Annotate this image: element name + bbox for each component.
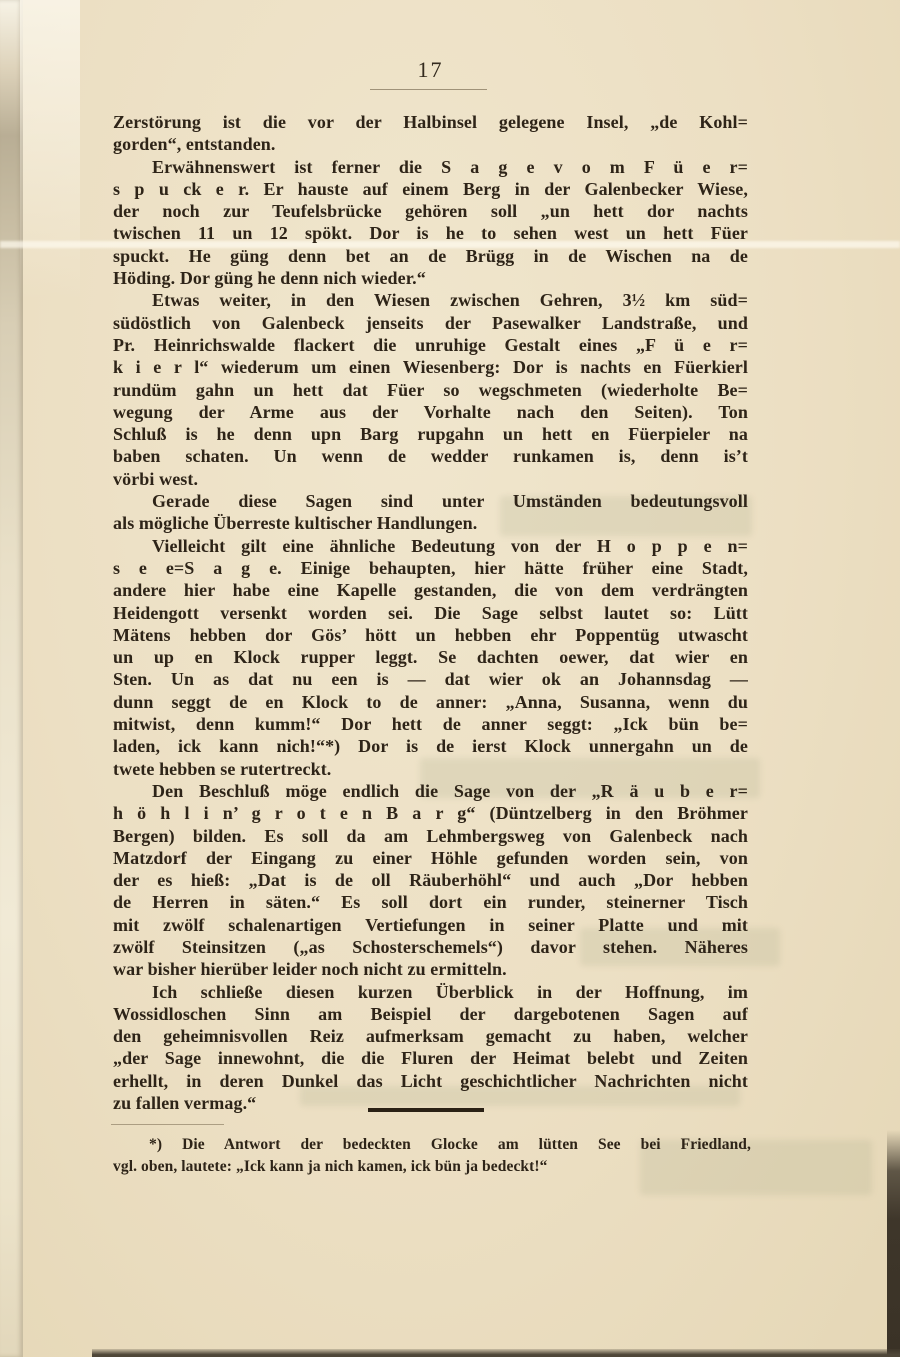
text-line: twischen 11 un 12 spökt. Dor is he to se… [113,222,748,244]
text-line: Zerstörung ist die vor der Halbinsel gel… [113,111,748,133]
text-line: mitwist, denn kumm!“ Dor hett de anner s… [113,713,748,735]
text-line: Etwas weiter, in den Wiesen zwischen Geh… [113,289,748,311]
text-line: Erwähnenswert ist ferner die S a g e v o… [113,156,748,178]
page-right-edge [887,1130,900,1357]
text-line: der noch zur Teufelsbrücke gehören soll … [113,200,748,222]
text-line: Gerade diese Sagen sind unter Umständen … [113,490,748,512]
body-text: Zerstörung ist die vor der Halbinsel gel… [113,111,748,1114]
text-line: Matzdorf der Eingang zu einer Höhle gefu… [113,847,748,869]
text-line: zwölf Steinsitzen („as Schosterschemels“… [113,936,748,958]
text-line: Ich schließe diesen kurzen Überblick in … [113,981,748,1003]
text-line: Bergen) bilden. Es soll da am Lehmbergsw… [113,825,748,847]
text-line: s e e=S a g e. Einige behaupten, hier hä… [113,557,748,579]
text-line: Vielleicht gilt eine ähnliche Bedeutung … [113,535,748,557]
scanned-book-page: 17 Zerstörung ist die vor der Halbinsel … [0,0,900,1357]
end-of-text-divider [368,1108,484,1112]
text-line: den geheimnisvollen Reiz aufmerksam gema… [113,1025,748,1047]
text-line: gorden“, entstanden. [113,133,748,155]
text-line: spuckt. He güng denn bet an de Brügg in … [113,245,748,267]
text-line: wegung der Arme aus der Vorhalte nach de… [113,401,748,423]
text-line: dunn seggt de en Klock to de anner: „Ann… [113,691,748,713]
text-line: vörbi west. [113,468,748,490]
text-line: Schluß is he denn upn Barg rupgahn un he… [113,423,748,445]
text-line: Heidengott versenkt worden sei. Die Sage… [113,602,748,624]
page-bottom-edge [92,1349,900,1357]
footnote: *) Die Antwort der bedeckten Glocke am l… [113,1134,751,1177]
text-line: südöstlich von Galenbeck jenseits der Pa… [113,312,748,334]
text-line: twete hebben se rutertreckt. [113,758,748,780]
text-line: de Herren in säten.“ Es soll dort ein ru… [113,891,748,913]
text-line: war bisher hierüber leider noch nicht zu… [113,958,748,980]
footnote-line: *) Die Antwort der bedeckten Glocke am l… [113,1134,751,1156]
footnote-rule [111,1124,224,1125]
text-line: un up en Klock rupper leggt. Se dachten … [113,646,748,668]
text-line: Höding. Dor güng he denn nich wieder.“ [113,267,748,289]
text-line: „der Sage innewohnt, die die Fluren der … [113,1047,748,1069]
text-line: Pr. Heinrichswalde flackert die unruhige… [113,334,748,356]
text-line: laden, ick kann nich!“*) Dor is de ierst… [113,735,748,757]
text-line: Sten. Un as dat nu een is — dat wier ok … [113,668,748,690]
text-line: rundüm gahn un hett dat Füer so wegschme… [113,379,748,401]
text-line: Wossidloschen Sinn am Beispiel der darge… [113,1003,748,1025]
text-line: h ö h l i n’ g r o t e n B a r g“ (Düntz… [113,802,748,824]
text-line: k i e r l“ wiederum um einen Wiesenberg:… [113,356,748,378]
text-line: der es hieß: „Dat is de oll Räuberhöhl“ … [113,869,748,891]
text-line: Mätens hebben dor Gös’ hött un hebben eh… [113,624,748,646]
text-line: erhellt, in deren Dunkel das Licht gesch… [113,1070,748,1092]
page-number: 17 [113,57,748,83]
text-line: s p u ck e r. Er hauste auf einem Berg i… [113,178,748,200]
text-line: als mögliche Überreste kultischer Handlu… [113,512,748,534]
page-number-rule [370,89,487,90]
footnote-line: vgl. oben, lautete: „Ick kann ja nich ka… [113,1156,751,1178]
text-line: Den Beschluß möge endlich die Sage von d… [113,780,748,802]
text-line: andere hier habe eine Kapelle gestanden,… [113,579,748,601]
text-line: mit zwölf schalenartigen Vertiefungen in… [113,914,748,936]
page-left-highlight [20,0,80,300]
text-line: baben schaten. Un wenn de wedder runkame… [113,445,748,467]
